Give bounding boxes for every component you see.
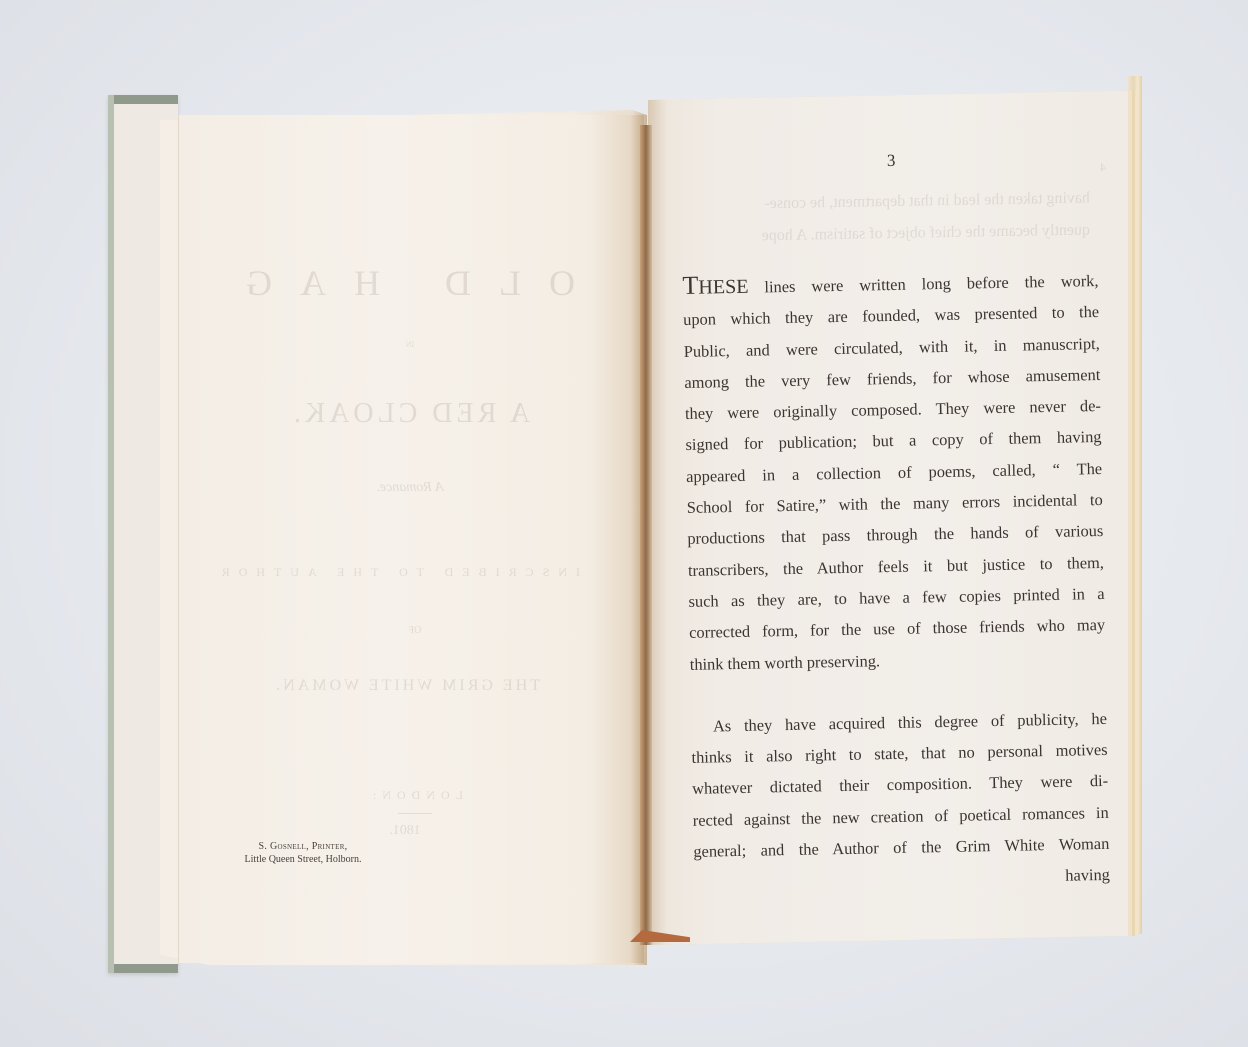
right-page-text: 3 THESE lines were written long before t…	[680, 147, 1110, 898]
imprint-line-2: Little Queen Street, Holborn.	[228, 853, 378, 866]
ghost-year: 1801.	[380, 823, 430, 839]
paragraph-2: As they have acquired this degree of pub…	[691, 703, 1111, 899]
small-caps-word: HESE	[698, 276, 748, 299]
drop-cap: T	[682, 271, 698, 300]
ghost-subtitle: A RED CLOAK.	[300, 398, 530, 430]
ghost-of: OF	[400, 625, 430, 636]
ghost-conjunction: IN	[380, 340, 440, 349]
ghost-place: LONDON:	[360, 788, 470, 803]
book-gutter	[640, 125, 652, 945]
ghost-inscribed: INSCRIBED TO THE AUTHOR	[260, 565, 580, 580]
printer-imprint: S. Gosnell, Printer, Little Queen Street…	[228, 840, 378, 866]
paragraph-1: THESE lines were written long before the…	[682, 262, 1106, 680]
imprint-line-1: S. Gosnell, Printer,	[228, 840, 378, 853]
ghost-work-title: THE GRIM WHITE WOMAN.	[280, 677, 540, 695]
ghost-rule	[398, 813, 432, 814]
ghost-verso-page-number: 4	[1100, 160, 1106, 175]
ghost-genre: A Romance.	[360, 480, 460, 496]
ghost-title: OLD HAG	[255, 262, 575, 304]
